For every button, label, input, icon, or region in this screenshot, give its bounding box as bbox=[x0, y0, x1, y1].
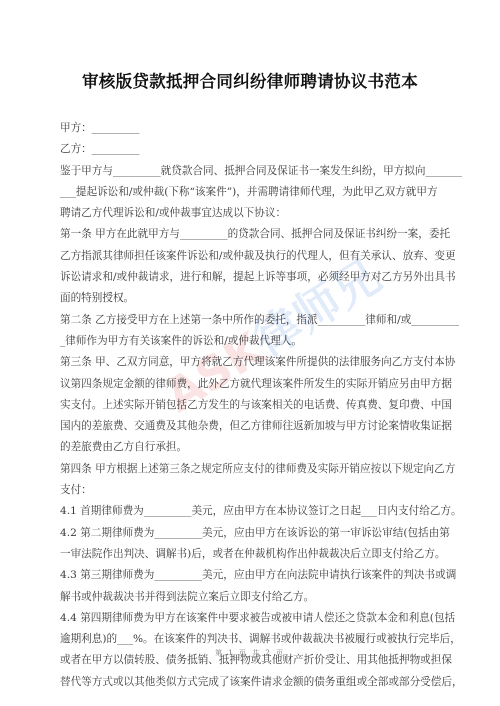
text-line: 议第四条规定金额的律师费，此外乙方就代理该案件所发生的实际开销应另由甲方据 bbox=[60, 374, 462, 395]
text-line: 面的特别授权。 bbox=[60, 288, 462, 309]
text-line: 第四条 甲方根据上述第三条之规定所应支付的律师费及实际开销应按以下规定向乙方 bbox=[60, 459, 462, 480]
text-line: 乙方：_________ bbox=[60, 139, 462, 160]
text-line: 国内的差旅费、交通费及其他杂费，但乙方律师往返新加坡与甲方讨论案情收集证据 bbox=[60, 416, 462, 437]
text-line: 4.1 首期律师费为_________美元，应由甲方在本协议签订之日起___日内… bbox=[60, 501, 462, 522]
text-line: 实支付。上述实际开销包括乙方发生的与该案相关的电话费、传真费、复印费、中国 bbox=[60, 395, 462, 416]
text-line: 解书或仲裁裁决书并得到法院立案后立即支付给乙方。 bbox=[60, 587, 462, 608]
text-line: 诉讼请求和/或仲裁请求，进行和解，提起上诉等事项，必须经甲方对乙方另外出具书 bbox=[60, 267, 462, 288]
text-line: 替代等方式或以其他类似方式完成了该案件请求金额的债务重组或全部或部分受偿后， bbox=[60, 672, 462, 693]
text-line: 乙方指派其律师担任该案件诉讼和/或仲裁及执行的代理人，但有关承认、放弃、变更 bbox=[60, 246, 462, 267]
text-line: _律师作为甲方有关该案件的诉讼和/或仲裁代理人。 bbox=[60, 331, 462, 352]
text-line: 鉴于甲方与_________就贷款合同、抵押合同及保证书一案发生纠纷，甲方拟向_… bbox=[60, 161, 462, 182]
text-line: 聘请乙方代理诉讼和/或仲裁事宜达成以下协议： bbox=[60, 203, 462, 224]
text-line: 的差旅费由乙方自行承担。 bbox=[60, 437, 462, 458]
text-line: 甲方：_________ bbox=[60, 118, 462, 139]
text-line: 第一条 甲方在此就甲方与_________的贷款合同、抵押合同及保证书纠纷一案，… bbox=[60, 224, 462, 245]
document-body: 甲方：_________ 乙方：_________ 鉴于甲方与_________… bbox=[60, 118, 462, 693]
text-line: 4.4 第四期律师费为甲方在该案件中要求被告或被申请人偿还之贷款本金和利息(包括 bbox=[60, 608, 462, 629]
text-line: 4.3 第三期律师费为_________美元，应由甲方在向法院申请执行该案件的判… bbox=[60, 565, 462, 586]
page-number: 第 1 页 共 2 页 bbox=[0, 648, 500, 658]
text-line: 4.2 第二期律师费为_________美元，应由甲方在该诉讼的第一审诉讼审结(… bbox=[60, 523, 462, 544]
text-line: 第三条 甲、乙双方同意，甲方将就乙方代理该案件所提供的法律服务向乙方支付本协 bbox=[60, 352, 462, 373]
text-line: 支付： bbox=[60, 480, 462, 501]
text-line: 第二条 乙方接受甲方在上述第一条中所作的委托，指派_________律师和/或_… bbox=[60, 310, 462, 331]
text-line: 一审法院作出判决、调解书)后，或者在仲裁机构作出仲裁裁决后立即支付给乙方。 bbox=[60, 544, 462, 565]
document-title: 审核版贷款抵押合同纠纷律师聘请协议书范本 bbox=[0, 68, 500, 92]
text-line: ___提起诉讼和/或仲裁(下称“该案件”)，并需聘请律师代理，为此甲乙双方就甲方 bbox=[60, 182, 462, 203]
